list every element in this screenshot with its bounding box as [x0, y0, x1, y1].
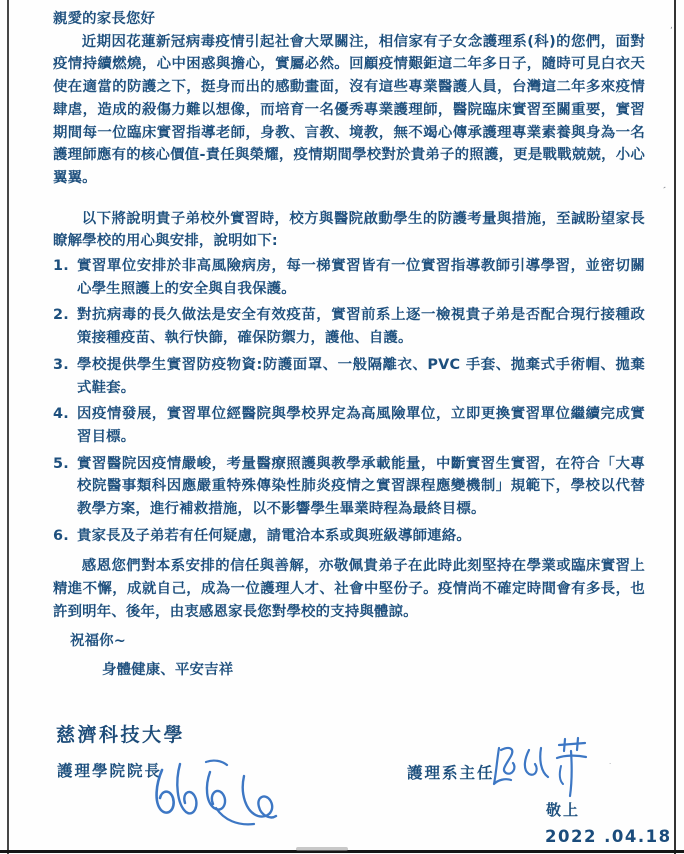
- scan-speck: ,: [661, 182, 669, 191]
- letter-date: 2022 .04.18: [545, 827, 672, 846]
- dean-handwritten-signature: [150, 754, 278, 832]
- list-item-number: 2.: [53, 304, 69, 327]
- list-item: 6. 貴家長及子弟若有任何疑慮，請電洽本系或與班級導師連絡。: [53, 525, 645, 548]
- scan-speck: .: [609, 758, 611, 767]
- list-item-text: 學校提供學生實習防疫物資:防護面罩、一般隔離衣、PVC 手套、拋棄式手術帽、拋棄…: [77, 357, 645, 396]
- department-head-title: 護理系主任: [407, 761, 495, 783]
- letter-closing-paragraph: 感恩您們對本系安排的信任與善解，亦敬佩貴弟子在此時此刻堅持在學業或臨床實習上精進…: [53, 555, 645, 623]
- list-item-number: 5.: [53, 453, 69, 476]
- letter-body: 親愛的家長您好 近期因花蓮新冠病毒疫情引起社會大眾關注，相信家有子女念護理系(科…: [53, 8, 645, 682]
- letter-wish: 身體健康、平安吉祥: [53, 659, 645, 682]
- list-item-number: 6.: [53, 525, 69, 548]
- list-item-number: 1.: [53, 255, 69, 278]
- list-item: 1. 實習單位安排於非高風險病房，每一梯實習皆有一位實習指導教師引導學習，並密切…: [53, 255, 645, 300]
- list-item-number: 4.: [53, 403, 69, 426]
- letter-greeting: 親愛的家長您好: [53, 8, 645, 31]
- dean-title: 護理學院院長: [57, 759, 162, 781]
- list-item: 5. 實習醫院因疫情嚴峻，考量醫療照護與教學承載能量，中斷實習生實習，在符合「大…: [53, 453, 645, 521]
- scan-speck: ,: [670, 22, 673, 31]
- list-item: 4. 因疫情發展，實習單位經醫院與學校界定為高風險單位，立即更換實習單位繼續完成…: [53, 403, 645, 448]
- respectfully-label: 敬上: [546, 799, 580, 820]
- scan-border-right: [674, 0, 676, 854]
- scan-border-left: [7, 0, 9, 854]
- list-item-number: 3.: [53, 354, 69, 377]
- list-item: 2. 對抗病毒的長久做法是安全有效疫苗，實習前系上逐一檢視貴子弟是否配合現行接種…: [53, 304, 645, 349]
- letter-paragraph-2: 以下將說明貴子弟校外實習時，校方與醫院啟動學生的防護考量與措施，至誠盼望家長瞭解…: [53, 208, 645, 253]
- scanned-letter-page: , , . 親愛的家長您好 近期因花蓮新冠病毒疫情引起社會大眾關注，相信家有子女…: [0, 0, 684, 854]
- letter-blessing: 祝福你~: [53, 630, 645, 653]
- list-item-text: 實習單位安排於非高風險病房，每一梯實習皆有一位實習指導教師引導學習，並密切關心學…: [77, 258, 645, 297]
- list-item-text: 對抗病毒的長久做法是安全有效疫苗，實習前系上逐一檢視貴子弟是否配合現行接種政策接…: [77, 307, 645, 346]
- department-head-handwritten-signature: [491, 736, 597, 806]
- list-item-text: 貴家長及子弟若有任何疑慮，請電洽本系或與班級導師連絡。: [77, 528, 471, 544]
- list-item-text: 因疫情發展，實習單位經醫院與學校界定為高風險單位，立即更換實習單位繼續完成實習目…: [77, 406, 645, 445]
- school-name: 慈濟科技大學: [56, 720, 185, 747]
- list-item: 3. 學校提供學生實習防疫物資:防護面罩、一般隔離衣、PVC 手套、拋棄式手術帽…: [53, 354, 645, 399]
- measures-list: 1. 實習單位安排於非高風險病房，每一梯實習皆有一位實習指導教師引導學習，並密切…: [53, 255, 645, 547]
- scan-smudge: [296, 847, 348, 851]
- letter-paragraph-1: 近期因花蓮新冠病毒疫情引起社會大眾關注，相信家有子女念護理系(科)的您們，面對疫…: [53, 31, 645, 190]
- list-item-text: 實習醫院因疫情嚴峻，考量醫療照護與教學承載能量，中斷實習生實習，在符合「大專校院…: [77, 456, 645, 517]
